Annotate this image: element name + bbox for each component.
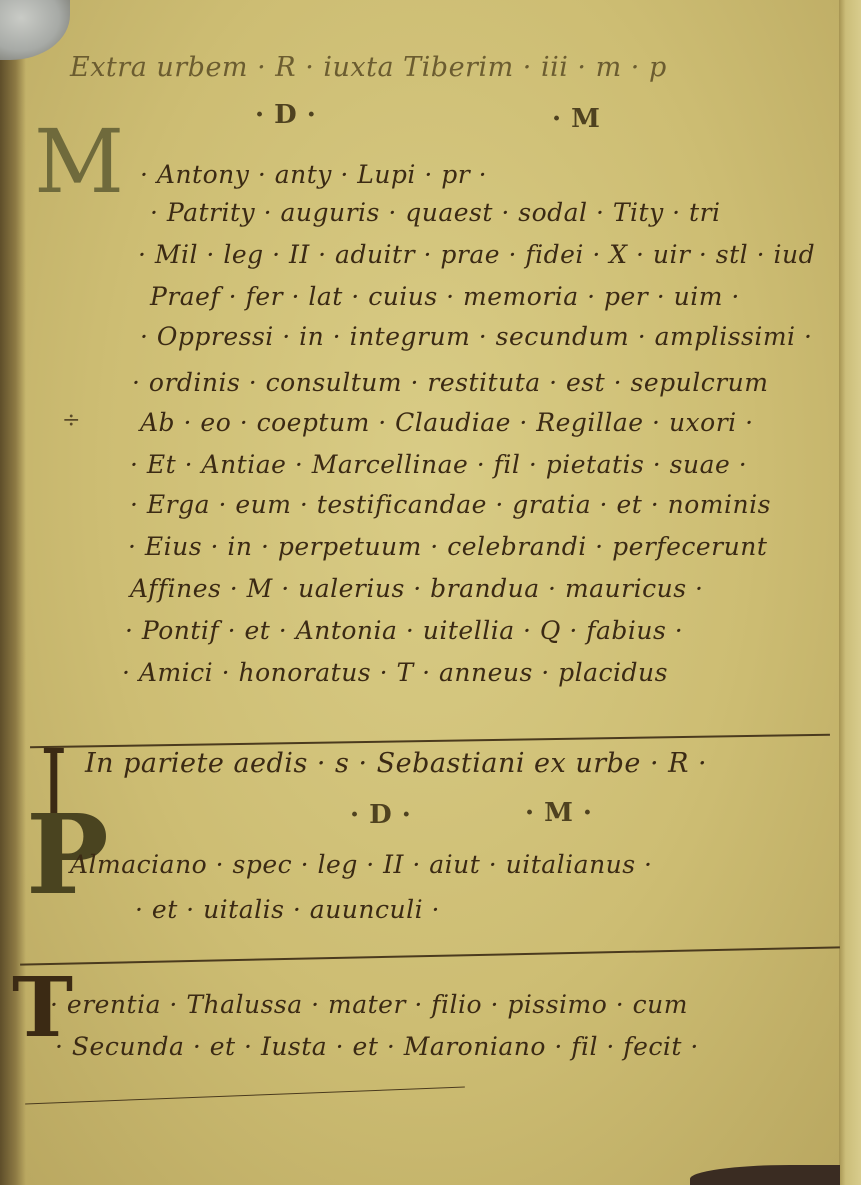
section1-dm-d: · D · xyxy=(255,100,316,130)
s2-line-2: · et · uitalis · auunculi · xyxy=(135,895,440,924)
s3-line-2: · Secunda · et · Iusta · et · Maroniano … xyxy=(55,1032,699,1061)
s1-line-12: · Pontif · et · Antonia · uitellia · Q ·… xyxy=(125,616,683,645)
section1-initial-m: M xyxy=(34,110,124,213)
s1-line-4: Praef · fer · lat · cuius · memoria · pe… xyxy=(150,282,740,311)
section1-dm-m: · M xyxy=(552,104,600,134)
s1-line-8: · Et · Antiae · Marcellinae · fil · piet… xyxy=(130,450,747,479)
s1-line-3: · Mil · leg · II · aduitr · prae · fidei… xyxy=(138,240,815,269)
s1-line-5: · Oppressi · in · integrum · secundum · … xyxy=(140,322,812,351)
s1-line-11: Affines · M · ualerius · brandua · mauri… xyxy=(130,574,703,603)
section2-dm-m: · M · xyxy=(525,798,593,828)
section2-dm-d: · D · xyxy=(350,800,411,830)
s1-line-13: · Amici · honoratus · T · anneus · placi… xyxy=(122,658,668,687)
s1-line-7: Ab · eo · coeptum · Claudiae · Regillae … xyxy=(140,408,754,437)
s1-line-2: · Patrity · auguris · quaest · sodal · T… xyxy=(150,198,721,227)
s1-line-9: · Erga · eum · testificandae · gratia · … xyxy=(130,490,771,519)
s2-line-1: Almaciano · spec · leg · II · aiut · uit… xyxy=(70,850,653,879)
section2-heading: In pariete aedis · s · Sebastiani ex urb… xyxy=(85,748,707,779)
s1-line-1: · Antony · anty · Lupi · pr · xyxy=(140,160,487,189)
s1-line-10: · Eius · in · perpetuum · celebrandi · p… xyxy=(128,532,767,561)
s1-line-6: · ordinis · consultum · restituta · est … xyxy=(132,368,769,397)
margin-division-mark: ÷ xyxy=(62,408,80,433)
s3-line-1: · erentia · Thalussa · mater · filio · p… xyxy=(50,990,688,1019)
section1-heading: Extra urbem · R · iuxta Tiberim · iii · … xyxy=(70,52,667,83)
adjacent-page-edge xyxy=(839,0,861,1185)
